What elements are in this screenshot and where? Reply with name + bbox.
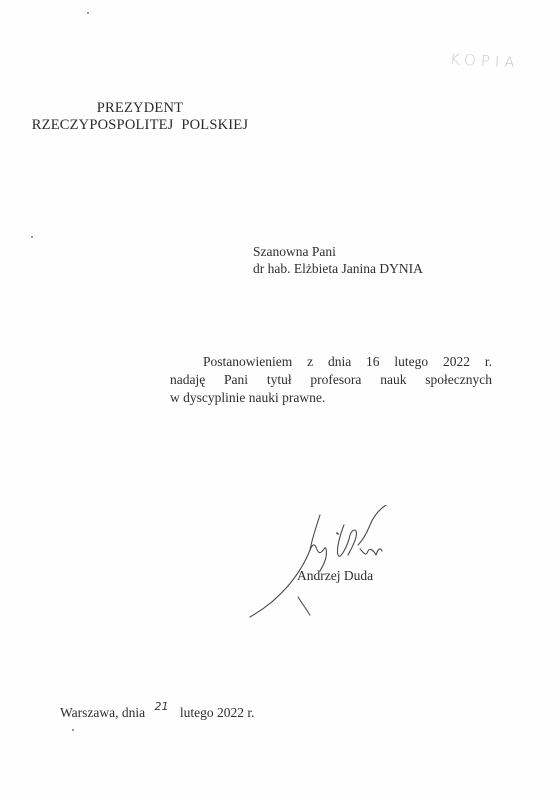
scan-speck bbox=[87, 12, 89, 14]
date-suffix: lutego 2022 r. bbox=[180, 705, 255, 720]
letter-body: Postanowieniem z dnia 16 lutego 2022 r. … bbox=[170, 353, 492, 407]
letter-page: KOPIA PREZYDENT RZECZYPOSPOLITEJ POLSKIE… bbox=[0, 0, 560, 800]
letterhead-country: RZECZYPOSPOLITEJ POLSKIEJ bbox=[20, 117, 260, 134]
handwritten-signature bbox=[240, 505, 440, 625]
recipient-name: dr hab. Elżbieta Janina DYNIA bbox=[253, 260, 423, 277]
scan-speck bbox=[31, 236, 33, 238]
letterhead: PREZYDENT RZECZYPOSPOLITEJ POLSKIEJ bbox=[20, 100, 260, 134]
body-line: nadaję Pani tytuł profesora nauk społecz… bbox=[170, 371, 492, 389]
handwritten-day: 21 bbox=[155, 700, 169, 713]
salutation: Szanowna Pani bbox=[253, 243, 423, 260]
body-line: w dyscyplinie nauki prawne. bbox=[170, 389, 492, 407]
signatory-name: Andrzej Duda bbox=[297, 568, 373, 584]
place-and-date: Warszawa, dnia 21 lutego 2022 r. bbox=[60, 705, 255, 721]
body-line: Postanowieniem z dnia 16 lutego 2022 r. bbox=[170, 353, 492, 371]
date-prefix: Warszawa, dnia bbox=[60, 705, 145, 720]
recipient-block: Szanowna Pani dr hab. Elżbieta Janina DY… bbox=[253, 243, 423, 277]
letterhead-title: PREZYDENT bbox=[20, 100, 260, 117]
copy-stamp: KOPIA bbox=[450, 50, 520, 72]
scan-speck bbox=[72, 729, 74, 731]
